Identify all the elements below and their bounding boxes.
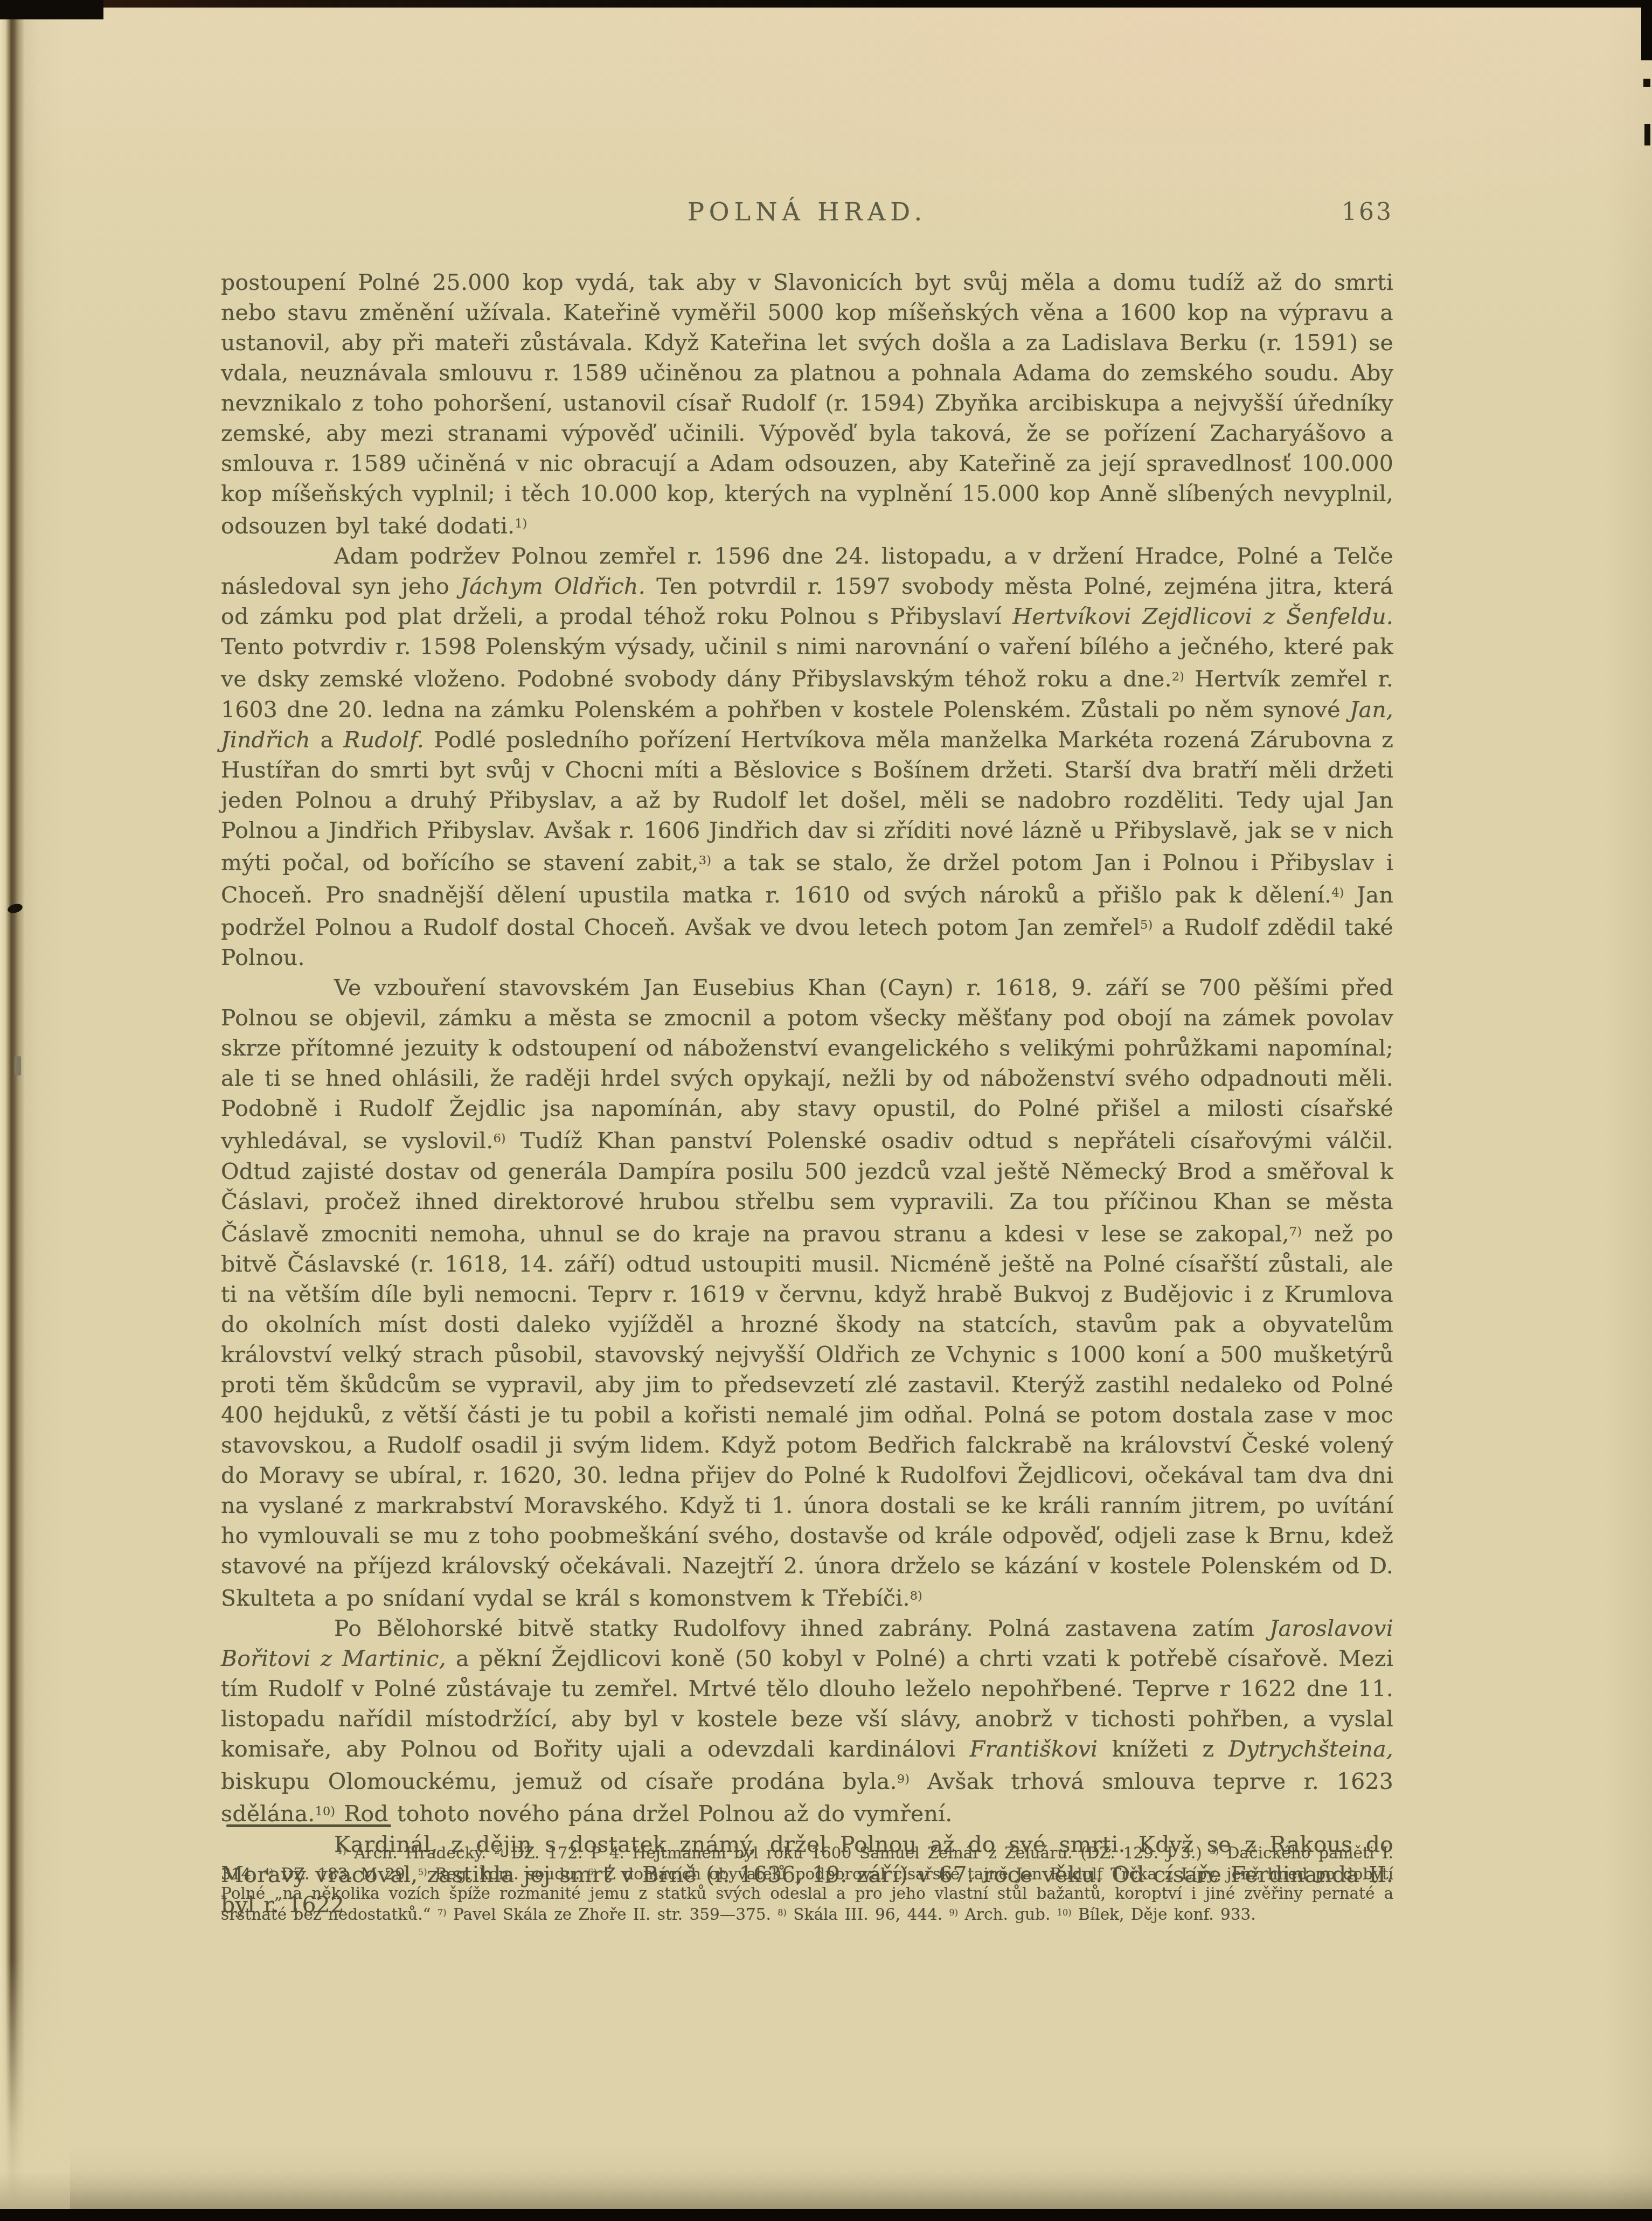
- italic-run: Dytrychšteina,: [1228, 1736, 1393, 1762]
- text-run: Reg. kom. soudu.: [427, 1865, 588, 1883]
- text-run: Arch. gub.: [958, 1905, 1057, 1924]
- italic-run: Jáchym Oldřich.: [460, 573, 645, 599]
- footnote-marker: 8): [910, 1589, 922, 1603]
- footnote-marker: 9): [897, 1772, 910, 1786]
- text-run: DZ. 183. M 29.: [273, 1865, 418, 1883]
- text-run: DZ. 172. P 4. Hejtmanem byl roku 1600 Sa…: [503, 1844, 1210, 1862]
- footnote-marker: 10): [315, 1804, 336, 1819]
- scan-top-edge-corner: [0, 0, 103, 19]
- scan-edge-mark: [1643, 79, 1650, 87]
- footnote-marker: 2): [1172, 670, 1184, 684]
- book-page-scan: POLNÁ HRAD. 163 postoupení Polné 25.000 …: [0, 8, 1652, 2209]
- italic-run: Rudolf.: [344, 727, 424, 753]
- text-run: postoupení Polné 25.000 kop vydá, tak ab…: [221, 269, 1393, 539]
- main-text: postoupení Polné 25.000 kop vydá, tak ab…: [221, 267, 1393, 1920]
- text-run: Bílek, Děje konf. 933.: [1072, 1905, 1256, 1924]
- footnote-block: 1) Arch. Hradecký. 2) DZ. 172. P 4. Hejt…: [221, 1842, 1393, 1924]
- text-run: knížeti z: [1098, 1736, 1228, 1762]
- page-number: 163: [1342, 198, 1393, 226]
- footnote-marker: 2): [494, 1846, 503, 1856]
- italic-run: Hertvíkovi Zejdlicovi z Šenfeldu.: [1012, 603, 1393, 629]
- footnote-marker: 7): [438, 1907, 447, 1918]
- text-run: Ve vzbouření stavovském Jan Eusebius Kha…: [221, 975, 1393, 1154]
- paragraph: Po Bělohorské bitvě statky Rudolfovy ihn…: [221, 1613, 1393, 1829]
- scan-bottom-shade: [0, 2171, 1652, 2209]
- ink-speck: [15, 1056, 21, 1075]
- paragraph: Adam podržev Polnou zemřel r. 1596 dne 2…: [221, 541, 1393, 973]
- page-header: POLNÁ HRAD. 163: [221, 197, 1393, 230]
- scan-top-edge: [0, 0, 1652, 8]
- footnote-marker: 9): [949, 1907, 958, 1918]
- footnote-marker: 3): [1210, 1846, 1219, 1856]
- footnote-marker: 1): [337, 1846, 346, 1856]
- paragraph: Ve vzbouření stavovském Jan Eusebius Kha…: [221, 973, 1393, 1613]
- footnote-marker: 4): [1331, 886, 1344, 900]
- footnote-marker: 6): [493, 1132, 505, 1146]
- footnote-marker: 8): [778, 1907, 787, 1918]
- page-title: POLNÁ HRAD.: [221, 197, 1393, 226]
- footnote-marker: 1): [515, 517, 527, 531]
- paragraph: postoupení Polné 25.000 kop vydá, tak ab…: [221, 267, 1393, 541]
- footnote-marker: 6): [588, 1867, 597, 1877]
- scan-edge-mark: [1644, 124, 1650, 145]
- text-run: než po bitvě Čáslavské (r. 1618, 14. zář…: [221, 1221, 1393, 1611]
- text-run: Po Bělohorské bitvě statky Rudolfovy ihn…: [334, 1615, 1269, 1641]
- scan-bottom-edge: [0, 2209, 1652, 2221]
- footnote-marker: 5): [1140, 918, 1153, 932]
- text-run: Rod tohoto nového pána držel Polnou až d…: [335, 1801, 952, 1827]
- scan-right-edge: [1641, 0, 1652, 60]
- footnote-marker: 3): [699, 853, 711, 867]
- footnote-marker: 4): [264, 1867, 273, 1877]
- text-run: Arch. Hradecký.: [346, 1844, 494, 1862]
- footnote-marker: 5): [418, 1867, 427, 1877]
- footnote-marker: 10): [1057, 1907, 1072, 1918]
- text-run: Skála III. 96, 444.: [787, 1905, 949, 1924]
- footnote-separator: [226, 1824, 391, 1827]
- gutter-shadow: [0, 8, 65, 2209]
- text-run: biskupu Olomouckému, jemuž od císaře pro…: [221, 1768, 897, 1794]
- text-run: Pavel Skála ze Zhoře II. str. 359—375.: [447, 1905, 778, 1924]
- footnote-marker: 7): [1289, 1225, 1302, 1239]
- footnotes: 1) Arch. Hradecký. 2) DZ. 172. P 4. Hejt…: [221, 1842, 1393, 1924]
- italic-run: Františkovi: [970, 1736, 1098, 1762]
- text-run: a: [310, 727, 344, 753]
